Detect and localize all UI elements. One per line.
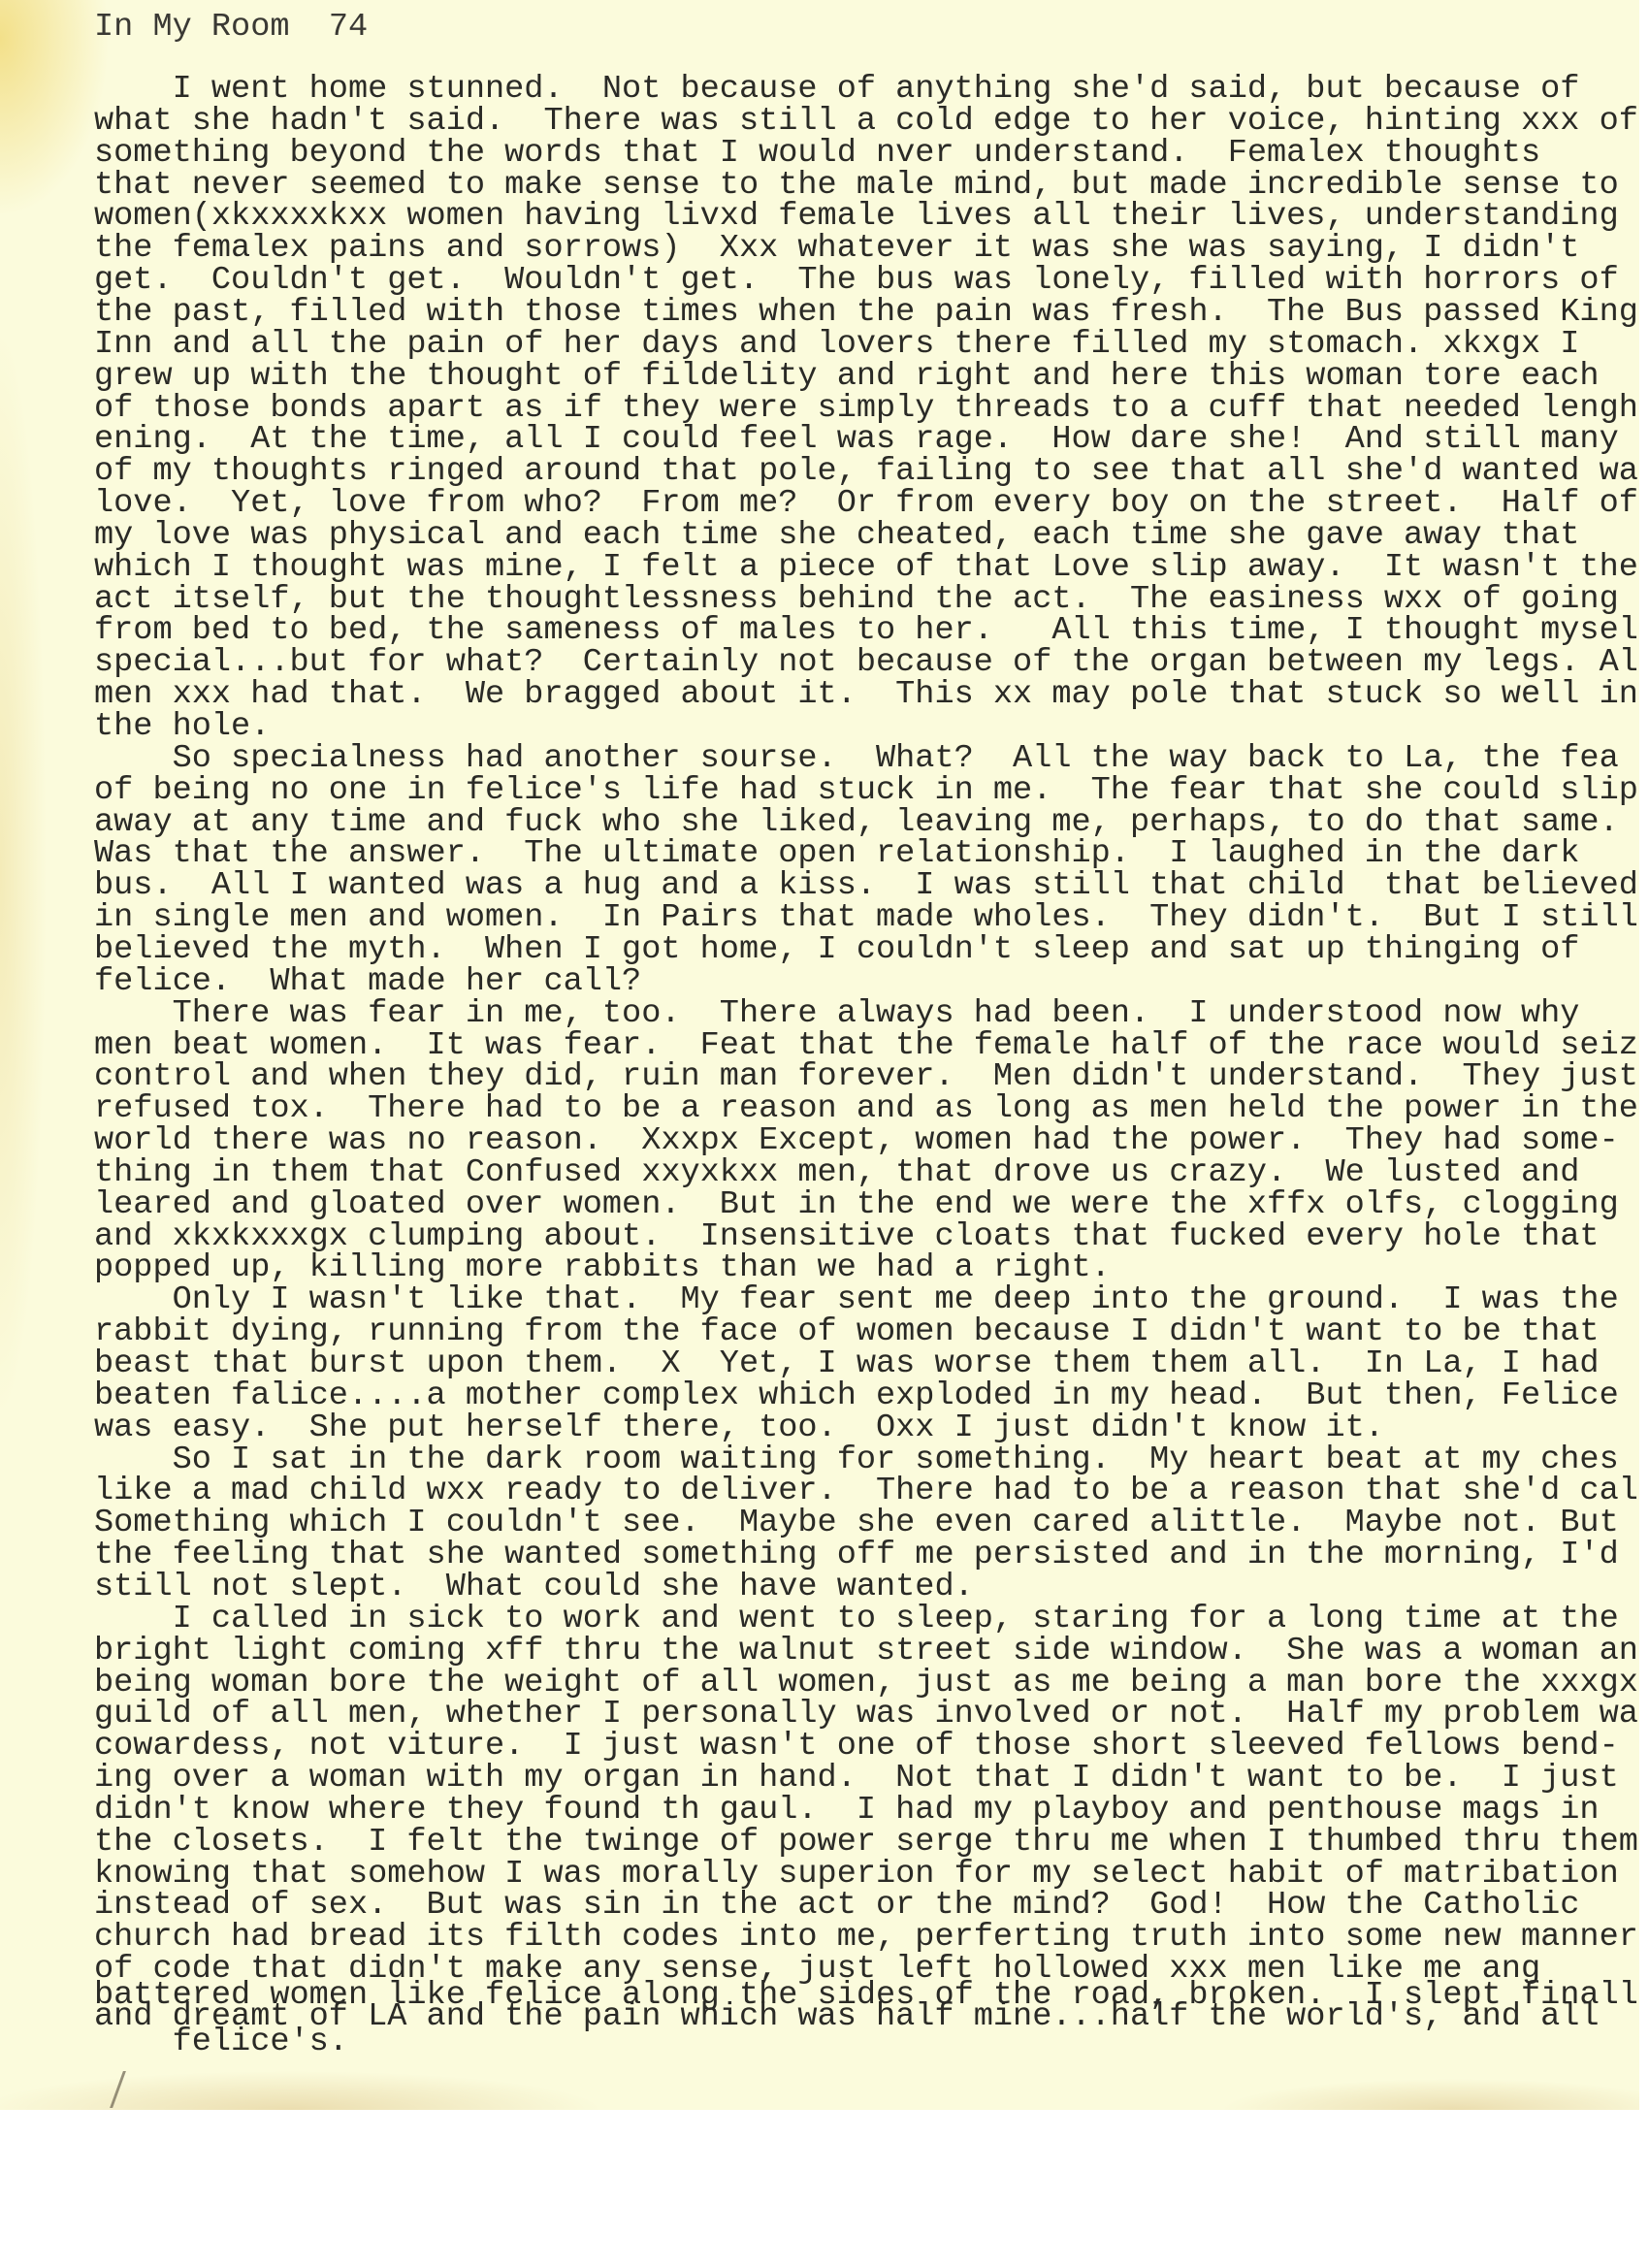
text-line: the closets. I felt the twinge of power …	[94, 1827, 1638, 1860]
text-line: men xxx had that. We bragged about it. T…	[94, 679, 1638, 712]
text-line: still not slept. What could she have wan…	[94, 1571, 974, 1604]
text-line: like a mad child wxx ready to deliver. T…	[94, 1475, 1638, 1508]
text-line: the femalex pains and sorrows) Xxx whate…	[94, 233, 1579, 266]
text-line: women(xkxxxxkxx women having livxd femal…	[94, 201, 1619, 234]
text-line: leared and gloated over women. But in th…	[94, 1189, 1619, 1222]
text-line: beast that burst upon them. X Yet, I was…	[94, 1348, 1600, 1381]
text-line: grew up with the thought of fildelity an…	[94, 361, 1600, 394]
text-line: Was that the answer. The ultimate open r…	[94, 838, 1579, 871]
text-line: of being no one in felice's life had stu…	[94, 775, 1638, 808]
text-line: cowardess, not viture. I just wasn't one…	[94, 1731, 1619, 1764]
text-line: refused tox. There had to be a reason an…	[94, 1093, 1638, 1126]
text-line: So I sat in the dark room waiting for so…	[94, 1444, 1619, 1477]
text-line: from bed to bed, the sameness of males t…	[94, 615, 1638, 648]
text-line: the past, filled with those times when t…	[94, 297, 1638, 330]
text-line: of those bonds apart as if they were sim…	[94, 393, 1638, 426]
text-line: knowing that somehow I was morally super…	[94, 1859, 1619, 1892]
text-line: and xkxkxxxgx clumping about. Insensitiv…	[94, 1221, 1600, 1254]
text-line: rabbit dying, running from the face of w…	[94, 1316, 1600, 1349]
text-line: I called in sick to work and went to sle…	[94, 1604, 1619, 1636]
typewritten-page: In My Room 74 I went home stunned. Not b…	[0, 0, 1639, 2110]
text-line: I went home stunned. Not because of anyt…	[94, 74, 1579, 107]
text-line: the hole.	[94, 711, 270, 744]
text-line: of my thoughts ringed around that pole, …	[94, 456, 1638, 489]
text-line: what she hadn't said. There was still a …	[94, 106, 1638, 139]
text-line: There was fear in me, too. There always …	[94, 998, 1579, 1031]
text-line: beaten falice....a mother complex which …	[94, 1380, 1619, 1413]
manuscript-title: In My Room	[94, 9, 290, 46]
text-line: So specialness had another sourse. What?…	[94, 743, 1619, 776]
text-line: my love was physical and each time she c…	[94, 520, 1579, 553]
text-line: didn't know where they found th gaul. I …	[94, 1795, 1600, 1828]
text-line: love. Yet, love from who? From me? Or fr…	[94, 488, 1638, 521]
page-header: In My Room 74	[94, 12, 368, 45]
text-line: popped up, killing more rabbits than we …	[94, 1252, 1111, 1285]
text-line: thing in them that Confused xxyxkxx men,…	[94, 1157, 1579, 1190]
text-line: felice's.	[94, 2026, 348, 2059]
text-line: men beat women. It was fear. Feat that t…	[94, 1030, 1638, 1063]
text-line: Only I wasn't like that. My fear sent me…	[94, 1284, 1619, 1317]
text-line: Something which I couldn't see. Maybe sh…	[94, 1507, 1619, 1540]
text-line: act itself, but the thoughtlessness behi…	[94, 584, 1619, 617]
text-line: ening. At the time, all I could feel was…	[94, 424, 1619, 457]
page-number: 74	[329, 9, 368, 46]
text-line: in single men and women. In Pairs that m…	[94, 902, 1638, 935]
text-line: control and when they did, ruin man fore…	[94, 1061, 1638, 1094]
text-line: instead of sex. But was sin in the act o…	[94, 1890, 1579, 1923]
text-line: world there was no reason. Xxxpx Except,…	[94, 1125, 1619, 1158]
text-line: get. Couldn't get. Wouldn't get. The bus…	[94, 265, 1619, 298]
text-line: Inn and all the pain of her days and lov…	[94, 329, 1579, 362]
paper-tear-mark	[110, 2071, 136, 2108]
text-line: church had bread its filth codes into me…	[94, 1922, 1638, 1955]
text-line: that never seemed to make sense to the m…	[94, 170, 1619, 203]
text-line: was easy. She put herself there, too. Ox…	[94, 1412, 1384, 1445]
text-line: the feeling that she wanted something of…	[94, 1539, 1619, 1572]
text-line: bright light coming xff thru the walnut …	[94, 1636, 1638, 1669]
text-line: which I thought was mine, I felt a piece…	[94, 552, 1638, 585]
text-line: believed the myth. When I got home, I co…	[94, 934, 1579, 967]
text-line: special...but for what? Certainly not be…	[94, 647, 1638, 680]
text-line: bus. All I wanted was a hug and a kiss. …	[94, 870, 1638, 903]
text-line: away at any time and fuck who she liked,…	[94, 807, 1619, 840]
text-line: felice. What made her call?	[94, 966, 641, 999]
text-line: being woman bore the weight of all women…	[94, 1668, 1638, 1701]
text-line: guild of all men, whether I personally w…	[94, 1699, 1638, 1732]
text-line: ing over a woman with my organ in hand. …	[94, 1763, 1619, 1796]
text-line: something beyond the words that I would …	[94, 138, 1540, 171]
